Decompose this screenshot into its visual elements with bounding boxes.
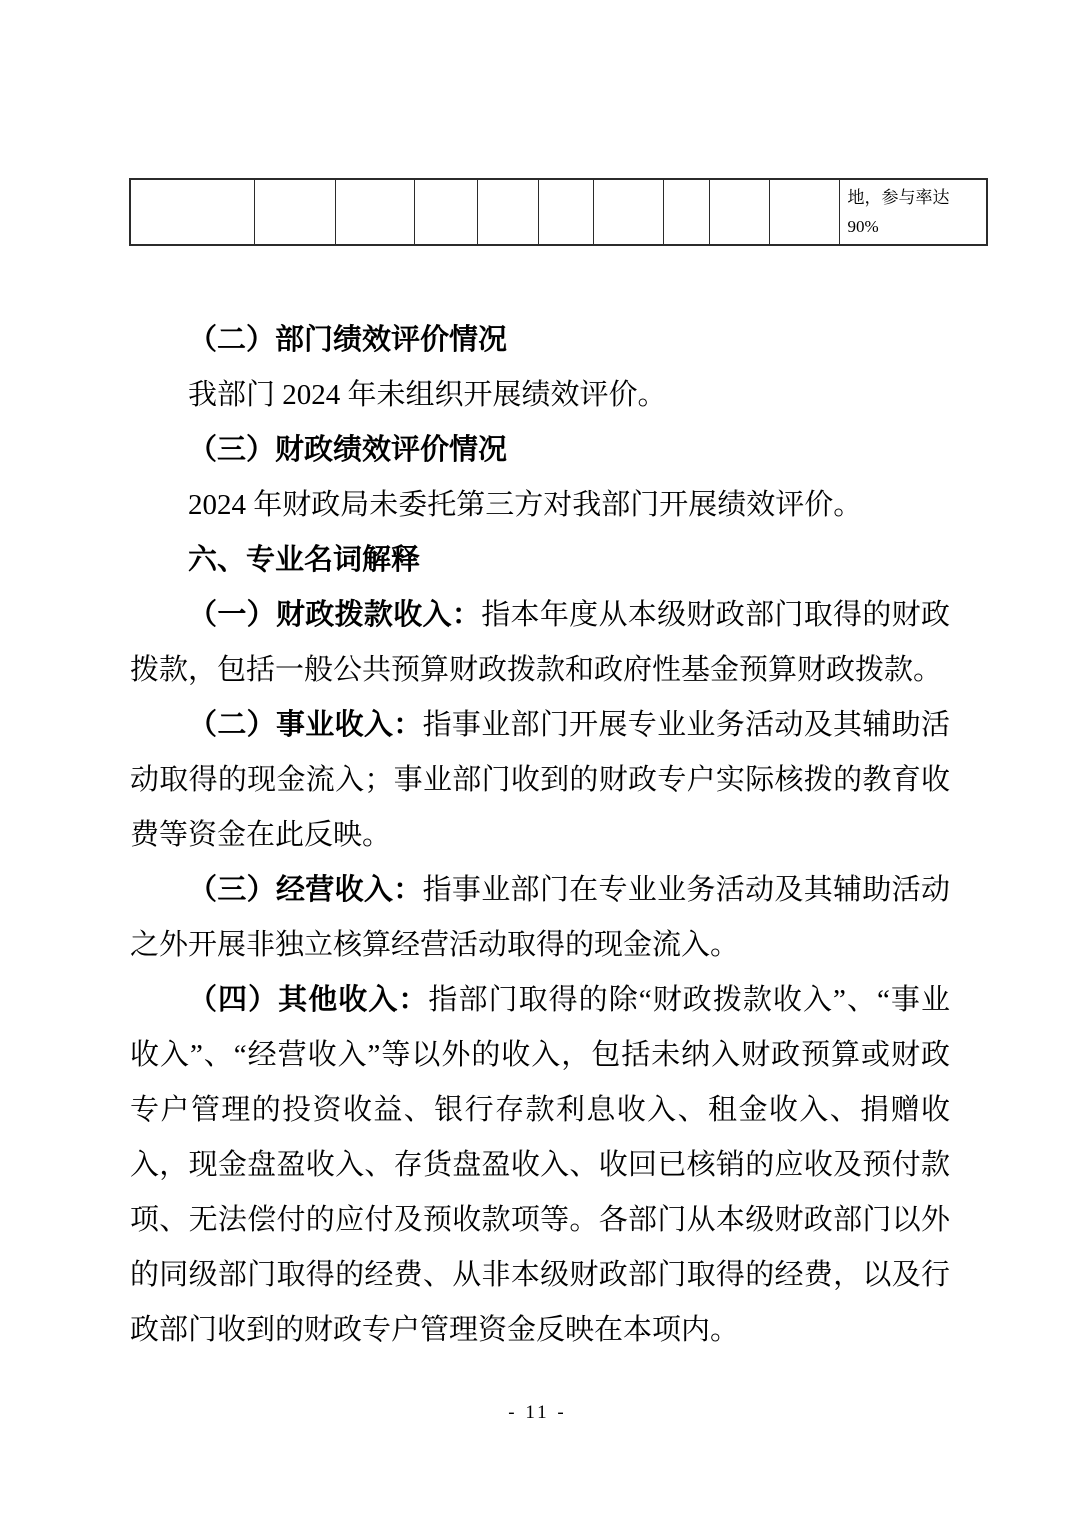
table-cell-empty: [254, 179, 335, 245]
table-cell-empty: [663, 179, 709, 245]
table-cell-empty: [130, 179, 254, 245]
term-operational-income: （二）事业收入：指事业部门开展专业业务活动及其辅助活动取得的现金流入；事业部门收…: [130, 698, 950, 863]
table-cell-empty: [593, 179, 663, 245]
table-cell-empty: [477, 179, 538, 245]
term-business-income: （三）经营收入：指事业部门在专业业务活动及其辅助活动之外开展非独立核算经营活动取…: [130, 863, 950, 973]
table-cell-participation: 地，参与率达 90%: [839, 179, 987, 245]
term-other-income: （四）其他收入：指部门取得的除“财政拨款收入”、“事业收入”、“经营收入”等以外…: [130, 973, 950, 1358]
table-row: 地，参与率达 90%: [130, 179, 987, 245]
heading-terminology: 六、专业名词解释: [130, 533, 950, 588]
term-label: （二）事业收入：: [188, 709, 423, 741]
term-body: 指部门取得的除“财政拨款收入”、“事业收入”、“经营收入”等以外的收入，包括未纳…: [130, 984, 950, 1346]
table-cell-empty: [709, 179, 769, 245]
term-label: （一）财政拨款收入：: [188, 599, 481, 631]
page-number: - 11 -: [0, 1402, 1075, 1424]
table-cell-text-line1: 地，参与率达: [848, 183, 979, 212]
table-cell-empty: [335, 179, 414, 245]
document-page: 地，参与率达 90% （二）部门绩效评价情况 我部门 2024 年未组织开展绩效…: [0, 0, 1075, 1520]
paragraph-dept-performance-eval: 我部门 2024 年未组织开展绩效评价。: [130, 368, 950, 423]
table-cell-empty: [538, 179, 593, 245]
table-cell-text-line2: 90%: [848, 212, 979, 241]
term-fiscal-appropriation-income: （一）财政拨款收入：指本年度从本级财政部门取得的财政拨款，包括一般公共预算财政拨…: [130, 588, 950, 698]
performance-table: 地，参与率达 90%: [129, 178, 988, 246]
term-label: （三）经营收入：: [188, 874, 423, 906]
table-cell-empty: [769, 179, 839, 245]
document-body: （二）部门绩效评价情况 我部门 2024 年未组织开展绩效评价。 （三）财政绩效…: [130, 313, 950, 1358]
paragraph-finance-performance-eval: 2024 年财政局未委托第三方对我部门开展绩效评价。: [130, 478, 950, 533]
subheading-dept-performance-eval: （二）部门绩效评价情况: [130, 313, 950, 368]
table-cell-empty: [414, 179, 477, 245]
term-label: （四）其他收入：: [188, 984, 428, 1016]
subheading-finance-performance-eval: （三）财政绩效评价情况: [130, 423, 950, 478]
